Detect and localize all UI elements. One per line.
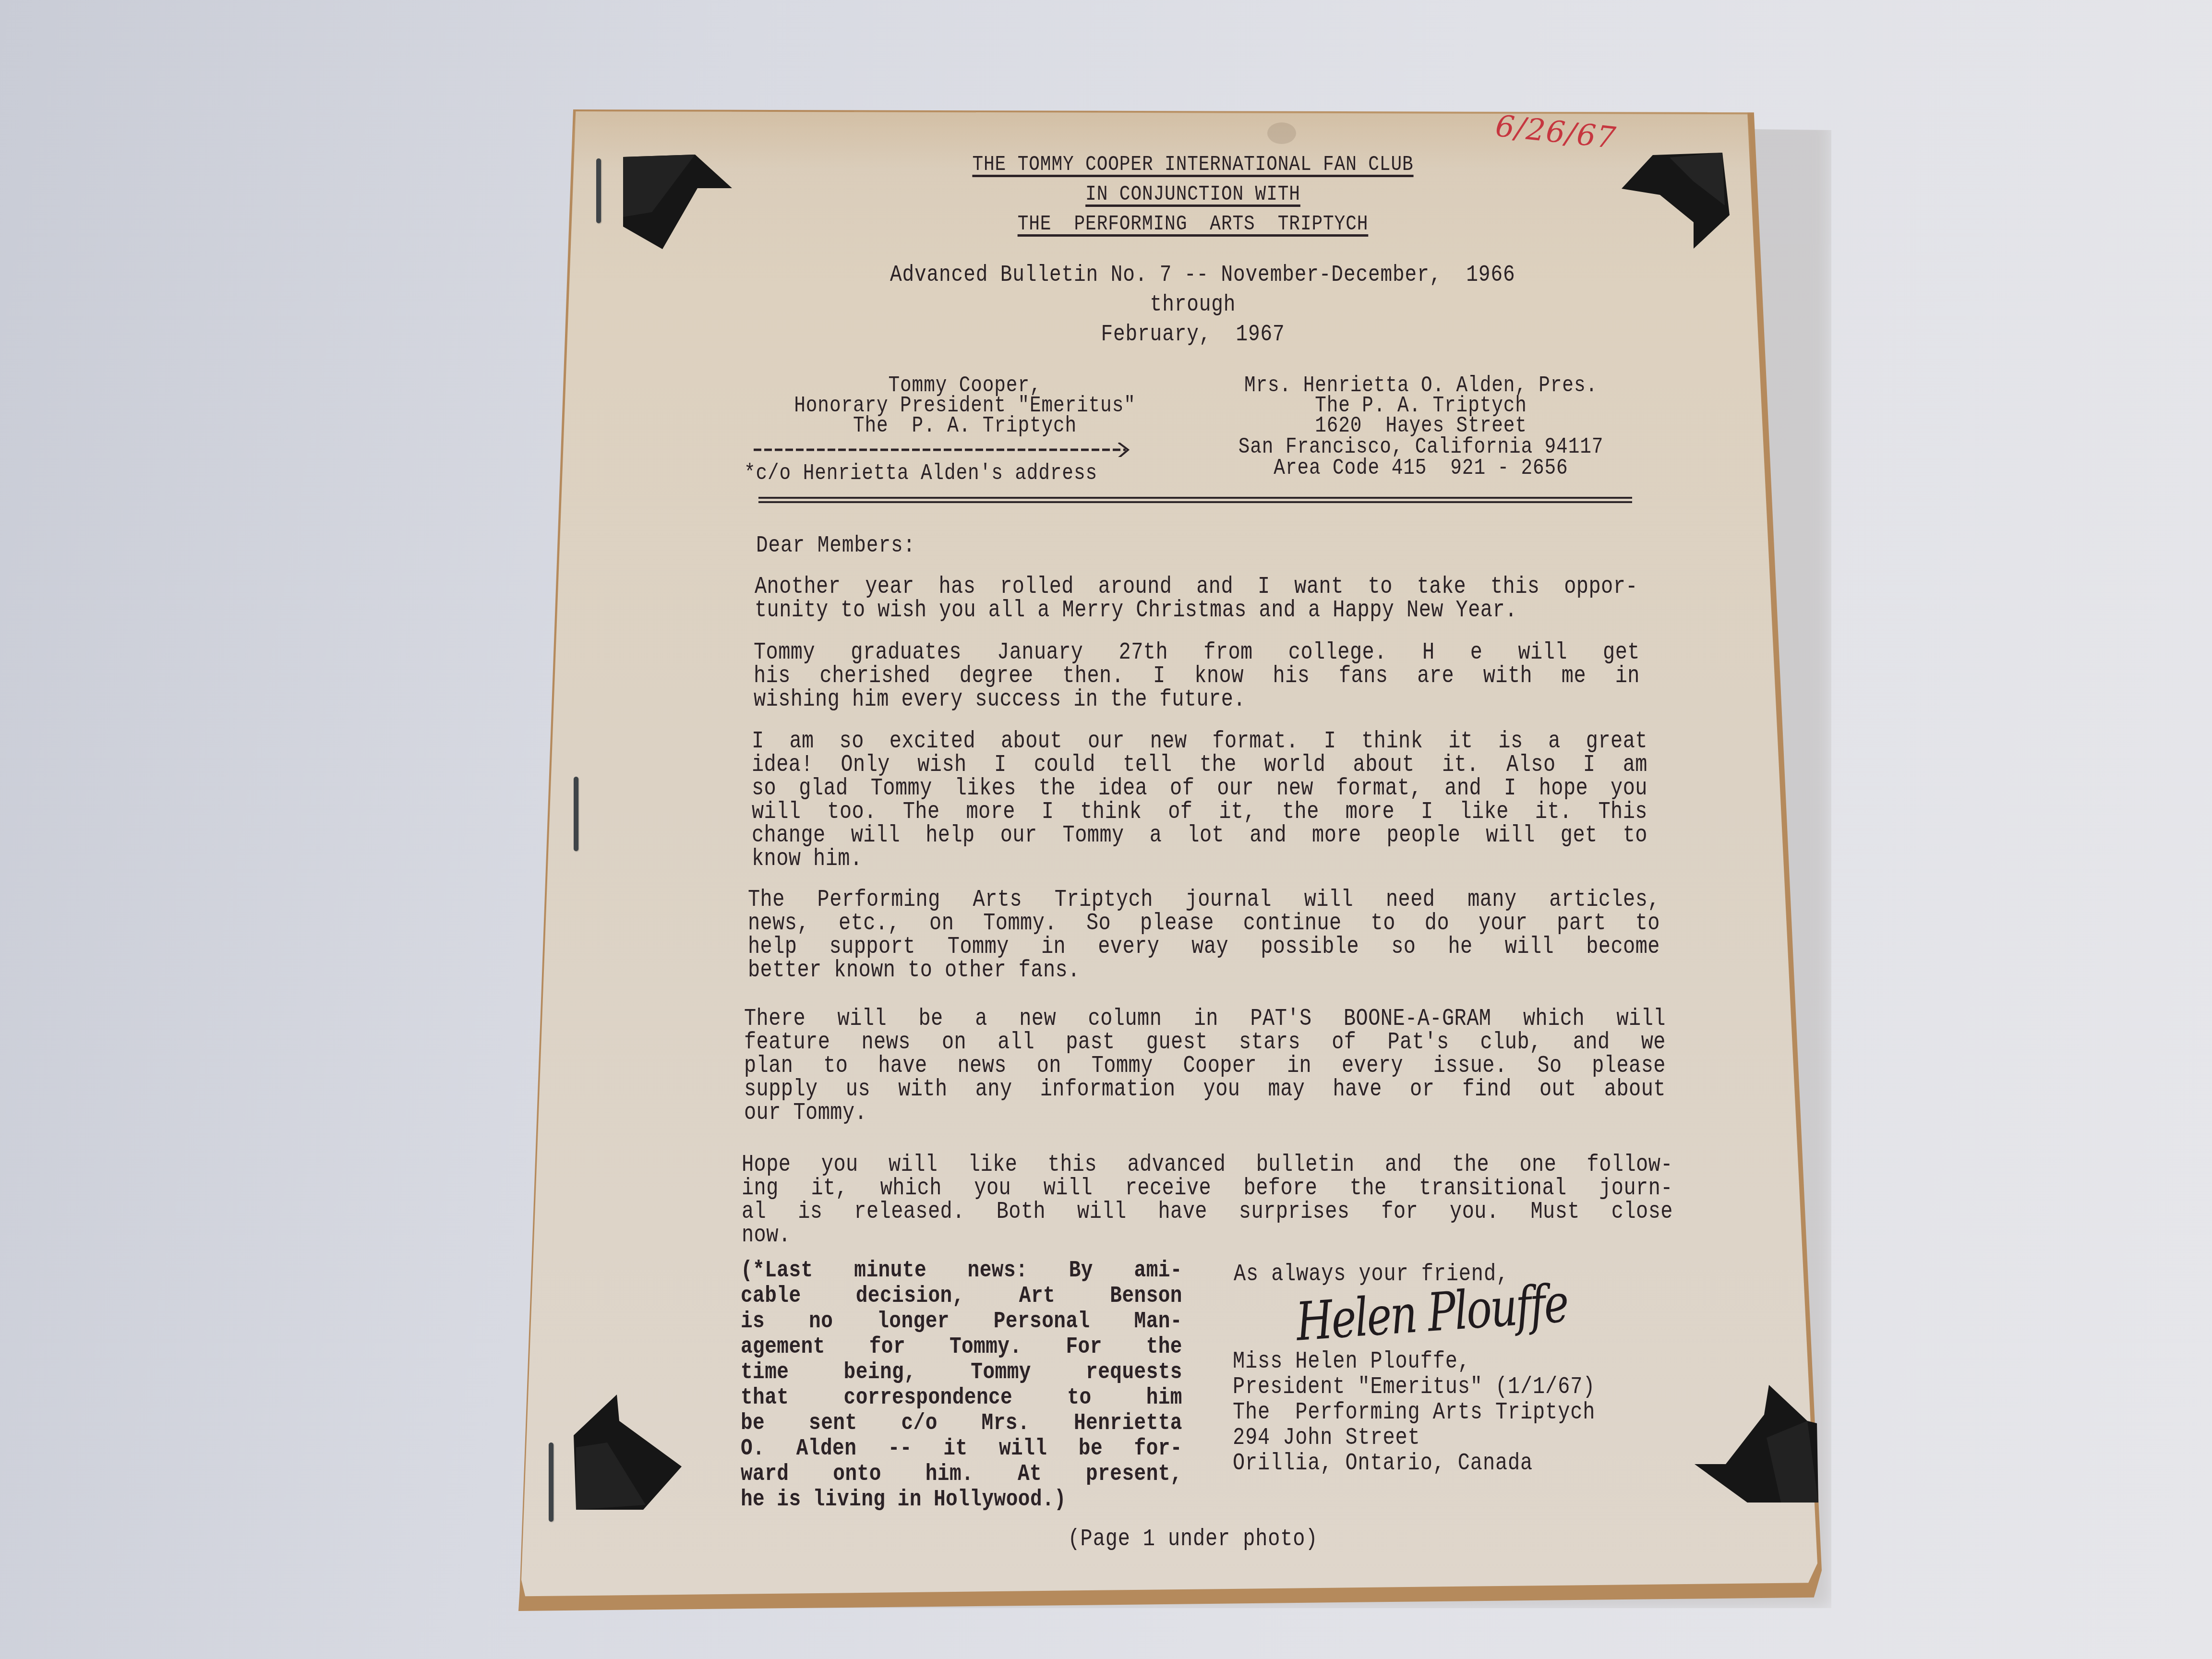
text-line: be sent c/o Mrs. Henrietta bbox=[741, 1410, 1182, 1436]
paper-stain bbox=[1267, 122, 1296, 144]
page-footer-note: (Page 1 under photo) bbox=[1032, 1527, 1354, 1551]
text-line: will too. The more I think of it, the mo… bbox=[752, 800, 1647, 824]
text-line: his cherished degree then. I know his fa… bbox=[754, 664, 1640, 688]
text-line: change will help our Tommy a lot and mor… bbox=[752, 824, 1647, 847]
text-line: I am so excited about our new format. I … bbox=[752, 730, 1647, 753]
address-right-line: Area Code 415 921 - 2656 bbox=[1219, 457, 1623, 480]
signer-line: President "Emeritus" (1/1/67) bbox=[1233, 1375, 1595, 1399]
staple-top bbox=[596, 158, 601, 223]
photo-corner-bottom-left-icon bbox=[574, 1395, 684, 1515]
text-line: Tommy graduates January 27th from colleg… bbox=[754, 641, 1640, 664]
text-line: ing it, which you will receive before th… bbox=[742, 1177, 1673, 1200]
paragraph-graduation: Tommy graduates January 27th from colleg… bbox=[754, 641, 1640, 711]
text-line: plan to have news on Tommy Cooper in eve… bbox=[744, 1054, 1666, 1078]
text-line: know him. bbox=[752, 847, 1647, 871]
text-line: that correspondence to him bbox=[741, 1385, 1182, 1410]
text-line: now. bbox=[742, 1224, 1673, 1247]
paragraph-new-format: I am so excited about our new format. I … bbox=[752, 730, 1647, 871]
signer-line: The Performing Arts Triptych bbox=[1233, 1401, 1595, 1425]
text-line: so glad Tommy likes the idea of our new … bbox=[752, 777, 1647, 800]
double-rule-divider bbox=[758, 497, 1632, 499]
header-title-line-3: THE PERFORMING ARTS TRIPTYCH bbox=[780, 212, 1606, 236]
address-left-line: The P. A. Triptych bbox=[783, 415, 1146, 437]
staple-middle bbox=[574, 777, 578, 851]
salutation: Dear Members: bbox=[756, 534, 915, 557]
text-line: he is living in Hollywood.) bbox=[741, 1487, 1182, 1512]
text-line: is no longer Personal Man- bbox=[741, 1309, 1182, 1334]
text-line: The Performing Arts Triptych journal wil… bbox=[748, 888, 1660, 912]
bulletin-end-date: February, 1967 bbox=[1072, 323, 1314, 346]
text-line: (*Last minute news: By ami- bbox=[741, 1258, 1182, 1283]
paragraph-boone-a-gram: There will be a new column in PAT'S BOON… bbox=[744, 1007, 1666, 1125]
text-line: O. Alden -- it will be for- bbox=[741, 1436, 1182, 1461]
bulletin-through: through bbox=[1112, 293, 1274, 316]
arrow-right-icon bbox=[754, 443, 1135, 457]
text-line: our Tommy. bbox=[744, 1101, 1666, 1125]
address-left-note: *c/o Henrietta Alden's address bbox=[744, 462, 1097, 485]
text-line: There will be a new column in PAT'S BOON… bbox=[744, 1007, 1666, 1031]
text-line: Hope you will like this advanced bulleti… bbox=[742, 1153, 1673, 1177]
paragraph-journal-articles: The Performing Arts Triptych journal wil… bbox=[748, 888, 1660, 982]
signer-line: Miss Helen Plouffe, bbox=[1233, 1350, 1470, 1374]
text-line: feature news on all past guest stars of … bbox=[744, 1031, 1666, 1054]
text-line: news, etc., on Tommy. So please continue… bbox=[748, 912, 1660, 935]
text-line: help support Tommy in every way possible… bbox=[748, 935, 1660, 959]
address-right-line: 1620 Hayes Street bbox=[1219, 415, 1623, 437]
photo-corner-bottom-right-icon bbox=[1695, 1385, 1822, 1510]
text-line: supply us with any information you may h… bbox=[744, 1078, 1666, 1101]
paragraph-greeting: Another year has rolled around and I wan… bbox=[755, 575, 1638, 622]
text-line: ward onto him. At present, bbox=[741, 1461, 1182, 1487]
text-line: idea! Only wish I could tell the world a… bbox=[752, 753, 1647, 777]
header-title-line-2: IN CONJUNCTION WITH bbox=[780, 182, 1606, 206]
photo-corner-top-right-icon bbox=[1622, 153, 1730, 251]
text-line: al is released. Both will have surprises… bbox=[742, 1200, 1673, 1224]
address-right-line: San Francisco, California 94117 bbox=[1219, 436, 1623, 458]
bulletin-number: Advanced Bulletin No. 7 -- November-Dece… bbox=[838, 263, 1567, 287]
signer-line: Orillia, Ontario, Canada bbox=[1233, 1452, 1533, 1476]
staple-bottom bbox=[549, 1443, 553, 1522]
last-minute-news: (*Last minute news: By ami-cable decisio… bbox=[741, 1258, 1182, 1512]
text-line: better known to other fans. bbox=[748, 959, 1660, 982]
signer-line: 294 John Street bbox=[1233, 1426, 1420, 1450]
paragraph-closing-note: Hope you will like this advanced bulleti… bbox=[742, 1153, 1673, 1247]
text-line: Another year has rolled around and I wan… bbox=[755, 575, 1638, 599]
text-line: wishing him every success in the future. bbox=[754, 688, 1640, 711]
photo-corner-top-left-icon bbox=[623, 155, 733, 251]
text-line: time being, Tommy requests bbox=[741, 1359, 1182, 1385]
text-line: cable decision, Art Benson bbox=[741, 1283, 1182, 1309]
header-title-line-1: THE TOMMY COOPER INTERNATIONAL FAN CLUB bbox=[780, 153, 1606, 177]
text-line: tunity to wish you all a Merry Christmas… bbox=[755, 599, 1638, 622]
text-line: agement for Tommy. For the bbox=[741, 1334, 1182, 1359]
